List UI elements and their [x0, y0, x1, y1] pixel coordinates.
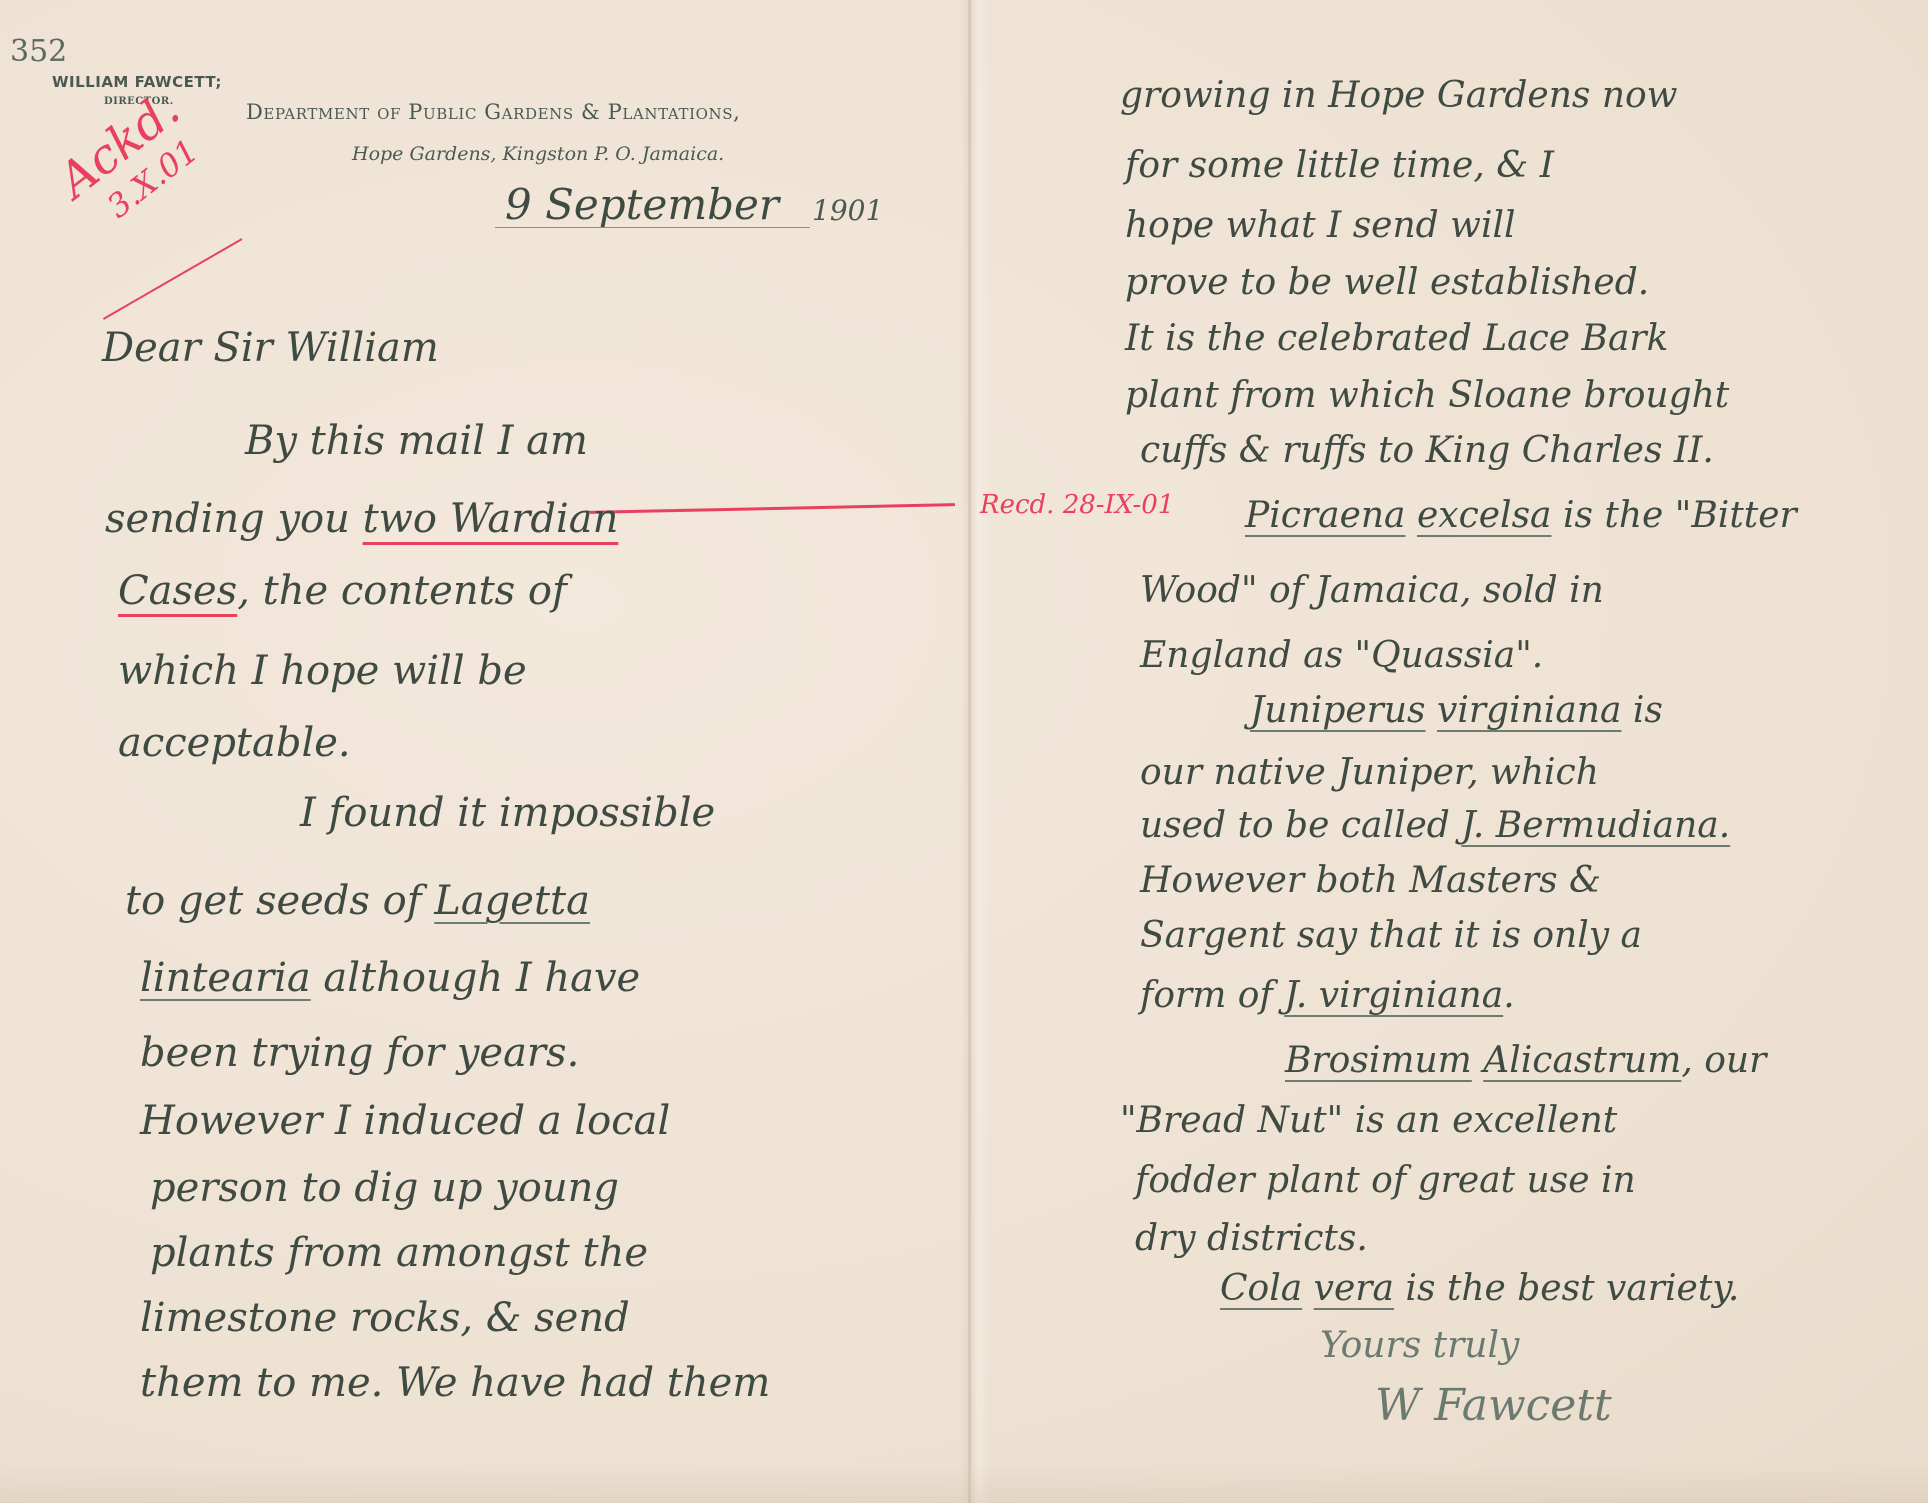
letterhead-name: WILLIAM FAWCETT;: [52, 73, 222, 91]
letter-date-year: 1901: [812, 194, 883, 227]
closing: Yours truly: [1320, 1325, 1519, 1366]
left-line-3-text: , the contents of: [237, 568, 567, 614]
underlined-cola: Cola: [1220, 1268, 1302, 1309]
underlined-excelsa: excelsa: [1417, 495, 1552, 536]
right-line-3: hope what I send will: [1125, 205, 1516, 246]
right-line-21: Cola vera is the best variety.: [1220, 1268, 1739, 1309]
right-line-12: our native Juniper, which: [1140, 752, 1599, 793]
right-line-9: Wood" of Jamaica, sold in: [1140, 570, 1604, 611]
salutation: Dear Sir William: [102, 325, 439, 371]
left-line-3: Cases, the contents of: [118, 568, 567, 614]
letterhead-address: Hope Gardens, Kingston P. O. Jamaica.: [352, 143, 724, 165]
underlined-brosimum: Brosimum: [1285, 1040, 1472, 1081]
underlined-vera: vera: [1314, 1268, 1394, 1309]
right-line-17-text: , our: [1681, 1040, 1766, 1081]
signature: W Fawcett: [1375, 1380, 1612, 1431]
right-line-11: Juniperus virginiana is: [1250, 690, 1663, 731]
letter-date-day-month: 9 September: [505, 180, 779, 229]
underlined-lagetta: Lagetta: [434, 878, 590, 924]
right-line-18: "Bread Nut" is an excellent: [1120, 1100, 1617, 1141]
left-line-4: which I hope will be: [118, 648, 527, 694]
underlined-lintearia: lintearia: [140, 955, 311, 1001]
underlined-j-bermudiana: J. Bermudiana.: [1461, 805, 1730, 846]
right-line-16-text: form of: [1140, 975, 1284, 1016]
right-line-7: cuffs & ruffs to King Charles II.: [1140, 430, 1714, 471]
left-line-5: acceptable.: [118, 720, 351, 766]
underlined-alicastrum: Alicastrum: [1483, 1040, 1681, 1081]
left-line-14: them to me. We have had them: [140, 1360, 770, 1406]
left-line-8: lintearia although I have: [140, 955, 640, 1001]
left-line-13: limestone rocks, & send: [140, 1295, 630, 1341]
left-line-7: to get seeds of Lagetta: [125, 878, 590, 924]
right-line-21-text: is the best variety.: [1394, 1268, 1739, 1309]
paper-edge-shadow: [0, 1463, 1928, 1503]
left-line-10: However I induced a local: [140, 1098, 670, 1144]
underlined-virginiana: virginiana: [1437, 690, 1621, 731]
underlined-cases: Cases: [118, 568, 237, 614]
right-line-19: fodder plant of great use in: [1135, 1160, 1636, 1201]
right-line-15: Sargent say that it is only a: [1140, 915, 1642, 956]
period: .: [1503, 975, 1514, 1016]
right-line-6: plant from which Sloane brought: [1125, 375, 1729, 416]
underlined-j-virginiana: J. virginiana: [1284, 975, 1503, 1016]
right-line-13-text: used to be called: [1140, 805, 1461, 846]
right-line-16: form of J. virginiana.: [1140, 975, 1515, 1016]
underlined-juniperus: Juniperus: [1250, 690, 1426, 731]
date-rule: [495, 227, 810, 228]
right-line-2: for some little time, & I: [1125, 145, 1554, 186]
received-annotation: Recd. 28-IX-01: [980, 490, 1174, 520]
right-line-20: dry districts.: [1135, 1218, 1368, 1259]
right-line-10: England as "Quassia".: [1140, 635, 1543, 676]
left-line-8-text: although I have: [311, 955, 641, 1001]
right-line-1: growing in Hope Gardens now: [1120, 75, 1678, 116]
underlined-two-wardian: two Wardian: [363, 496, 619, 542]
left-line-1: By this mail I am: [245, 418, 588, 464]
left-line-11: person to dig up young: [150, 1165, 619, 1211]
right-line-17: Brosimum Alicastrum, our: [1285, 1040, 1766, 1081]
letterhead-department: Department of Public Gardens & Plantatio…: [246, 100, 740, 124]
left-line-2: sending you two Wardian: [105, 496, 618, 542]
right-line-8: Picraena excelsa is the "Bitter: [1245, 495, 1797, 536]
left-line-6: I found it impossible: [300, 790, 715, 836]
right-line-4: prove to be well established.: [1125, 262, 1649, 303]
left-line-7-text: to get seeds of: [125, 878, 434, 924]
right-line-14: However both Masters &: [1140, 860, 1601, 901]
page-fold: [968, 0, 971, 1503]
right-line-8-text: is the "Bitter: [1552, 495, 1797, 536]
underlined-picraena: Picraena: [1245, 495, 1406, 536]
left-line-9: been trying for years.: [140, 1030, 579, 1076]
right-line-11-text: is: [1621, 690, 1662, 731]
right-line-5: It is the celebrated Lace Bark: [1125, 318, 1668, 359]
right-line-13: used to be called J. Bermudiana.: [1140, 805, 1730, 846]
left-line-12: plants from amongst the: [150, 1230, 648, 1276]
left-line-2-text: sending you: [105, 496, 363, 542]
archive-number: 352: [10, 36, 46, 68]
